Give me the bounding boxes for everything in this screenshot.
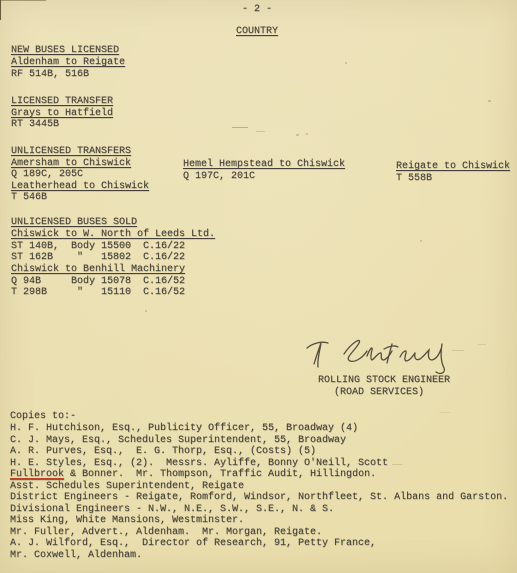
- sold-row: T 298B " 15110 C.16/52: [11, 287, 185, 299]
- document-page: - 2 - COUNTRY NEW BUSES LICENSED Aldenha…: [0, 0, 517, 573]
- ut-route-reigate: Reigate to Chiswick: [396, 161, 510, 173]
- ut-fleet-leatherhead: T 546B: [11, 192, 47, 204]
- stray-dash: [392, 464, 402, 465]
- stray-dash: [440, 412, 450, 413]
- signatory-subtitle: (ROAD SERVICES): [334, 387, 424, 399]
- paper-speck: [345, 62, 347, 64]
- section-heading-unlicensed-transfers: UNLICENSED TRANSFERS: [11, 146, 131, 158]
- fullbrook-line-rest: & Bonner. Mr. Thompson, Traffic Audit, H…: [64, 469, 376, 480]
- copies-line: A. J. Wilford, Esq., Director of Researc…: [10, 538, 376, 550]
- sold-row: ST 162B " 15802 C.16/22: [11, 252, 185, 264]
- copies-line: Miss King, White Mansions, Westminster.: [10, 515, 244, 527]
- sold-group1-heading: Chiswick to W. North of Leeds Ltd.: [11, 229, 215, 241]
- ut-fleet-reigate: T 558B: [396, 173, 432, 185]
- paper-speck: [296, 134, 299, 136]
- page-title: COUNTRY: [236, 26, 278, 38]
- ut-fleet-hemel: Q 197C, 201C: [183, 171, 255, 183]
- section-heading-licensed-transfer: LICENSED TRANSFER: [11, 96, 113, 108]
- ut-fleet-amersham: Q 189C, 205C: [11, 169, 83, 181]
- copies-line: Mr. Coxwell, Aldenham.: [10, 550, 142, 562]
- paper-speck: [488, 100, 491, 102]
- pencil-smudge: [232, 127, 248, 128]
- pencil-smudge: [256, 131, 265, 132]
- sold-group2-heading: Chiswick to Benhill Machinery: [11, 264, 185, 276]
- copies-line: A. R. Purves, Esq., E. G. Thorp, Esq., (…: [10, 446, 316, 458]
- section-heading-buses-sold: UNLICENSED BUSES SOLD: [11, 217, 137, 229]
- signatory-title: ROLLING STOCK ENGINEER: [318, 375, 450, 387]
- copies-line: District Engineers - Reigate, Romford, W…: [10, 492, 508, 504]
- stray-dash: [452, 350, 464, 351]
- copies-label: Copies to:-: [10, 411, 76, 423]
- copies-line: H. F. Hutchison, Esq., Publicity Officer…: [10, 423, 358, 435]
- ut-route-hemel: Hemel Hempstead to Chiswick: [183, 159, 345, 171]
- section-heading-new-buses: NEW BUSES LICENSED: [11, 45, 119, 57]
- paper-speck: [306, 133, 308, 135]
- page-number: - 2 -: [242, 4, 272, 16]
- licensed-transfer-fleet: RT 3445B: [11, 119, 59, 131]
- copies-line-fullbrook: Fullbrook & Bonner. Mr. Thompson, Traffi…: [10, 469, 376, 481]
- new-buses-route: Aldenham to Reigate: [11, 57, 125, 69]
- scan-edge-top: [0, 0, 46, 1]
- scan-edge-left: [0, 0, 1, 20]
- fullbrook-red-underlined-word: Fullbrook: [10, 469, 64, 480]
- stray-dash: [478, 344, 486, 345]
- paper-speck: [420, 240, 422, 242]
- paper-speck: [145, 310, 147, 312]
- new-buses-fleet: RF 514B, 516B: [11, 69, 89, 81]
- handwritten-signature: [300, 334, 468, 380]
